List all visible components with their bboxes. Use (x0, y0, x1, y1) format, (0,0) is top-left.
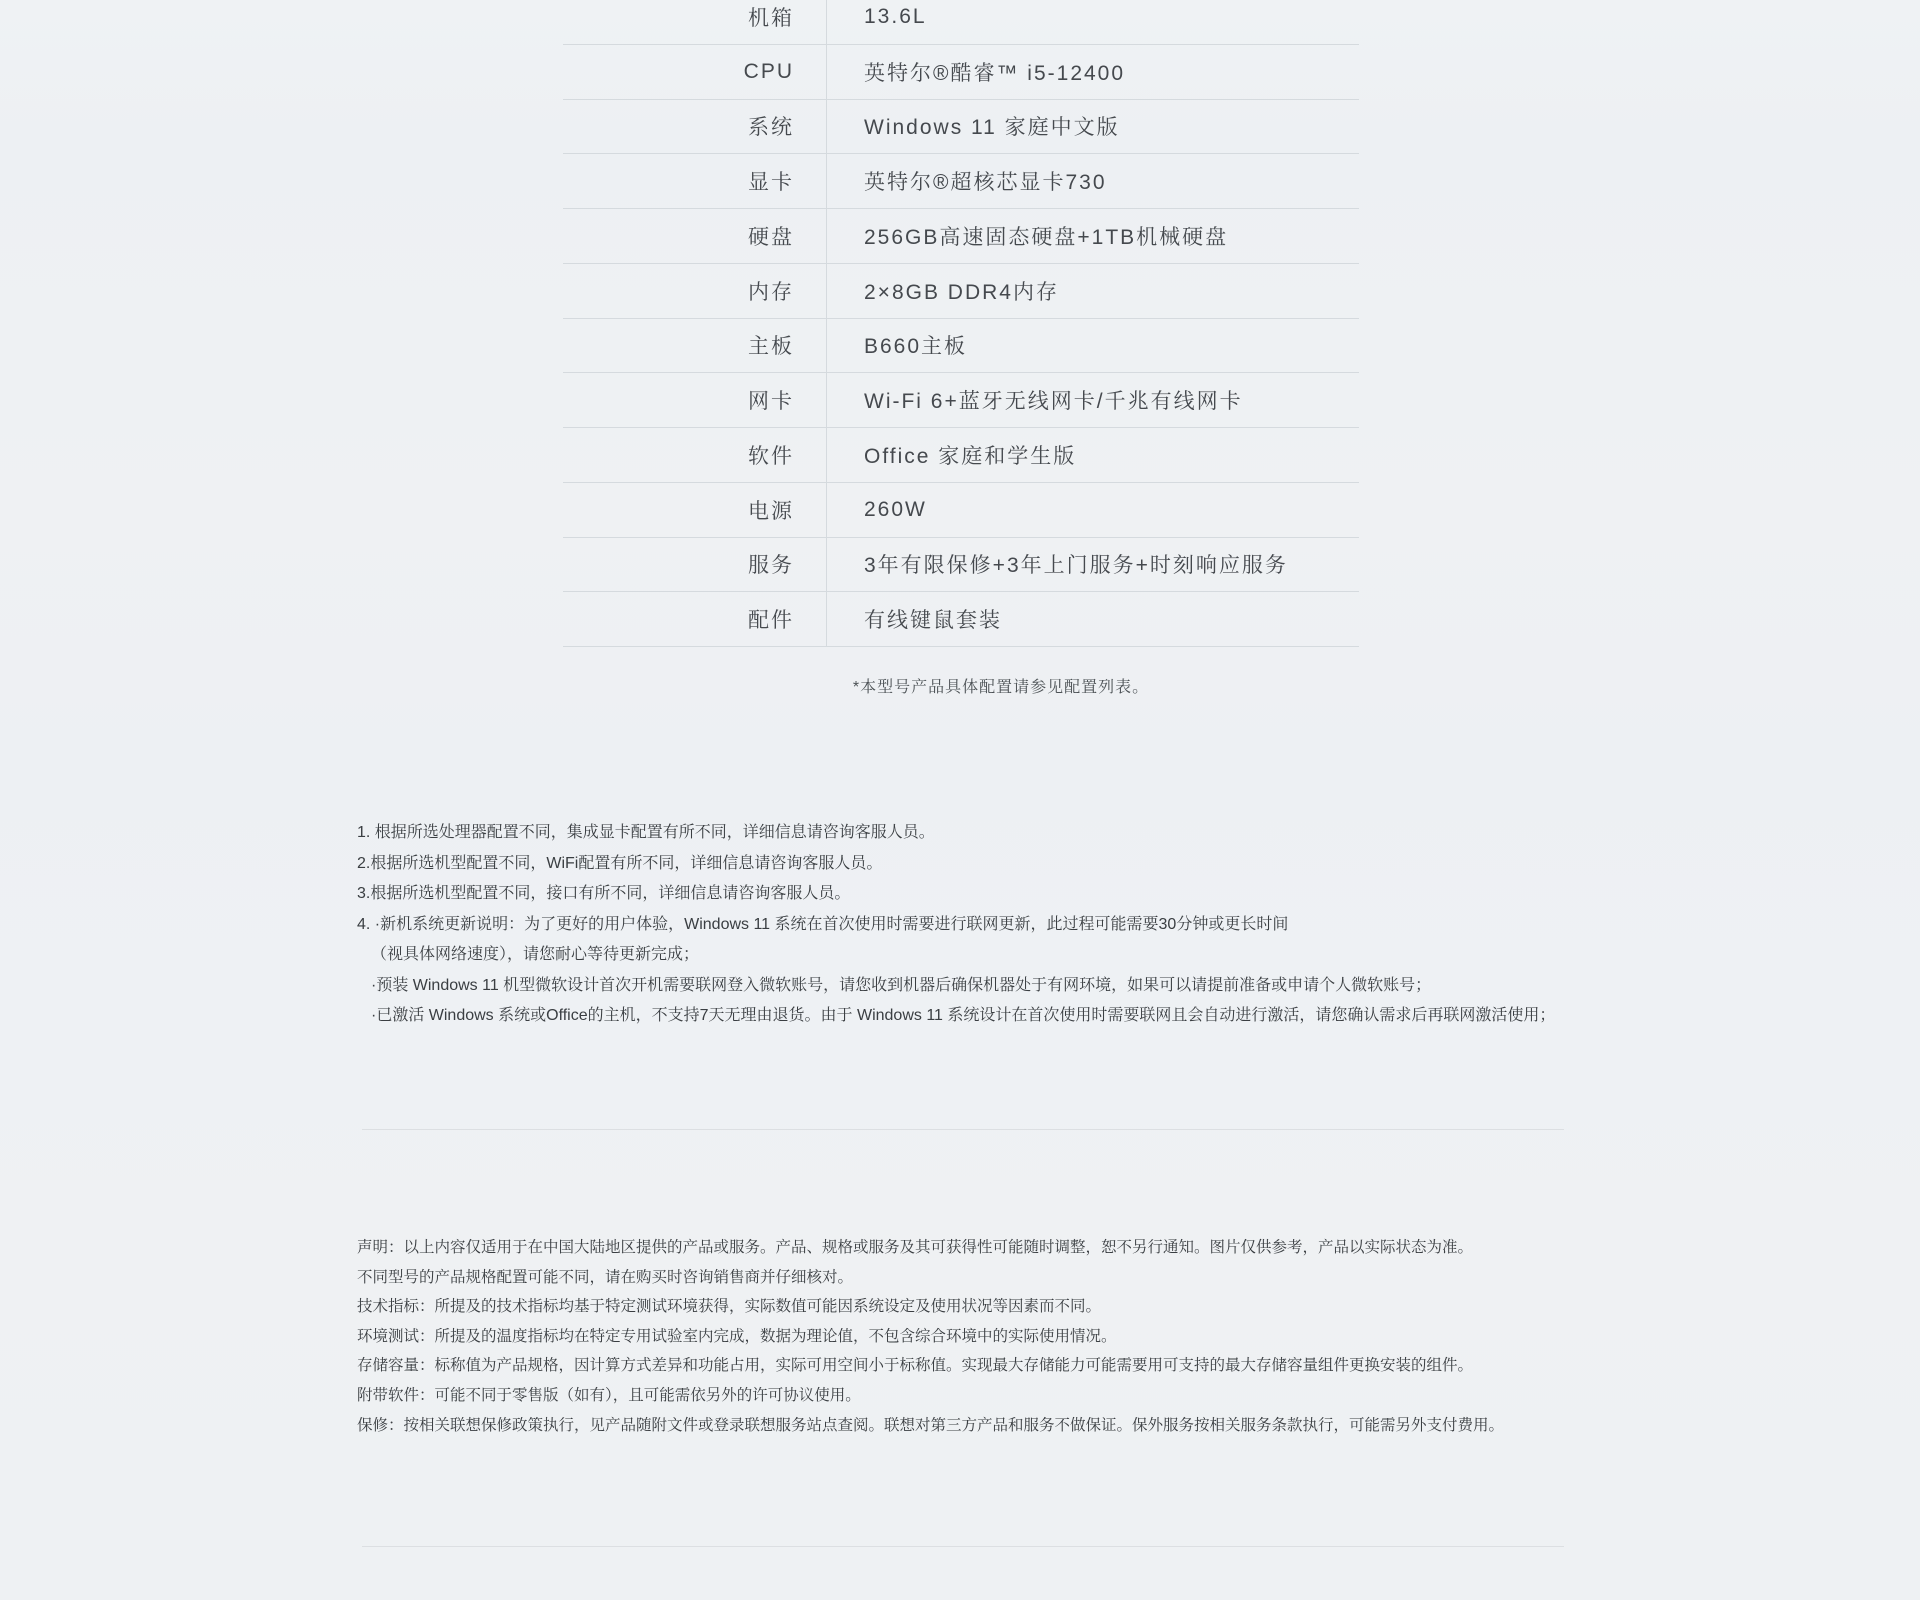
disclaimer-line: 存储容量：标称值为产品规格，因计算方式差异和功能占用，实际可用空间小于标称值。实… (357, 1351, 1504, 1381)
spec-label: CPU (563, 60, 826, 84)
spec-row: 硬盘 256GB高速固态硬盘+1TB机械硬盘 (563, 209, 1359, 264)
section-divider-top (362, 1129, 1564, 1130)
spec-label: 电源 (563, 495, 826, 525)
spec-row: 服务 3年有限保修+3年上门服务+时刻响应服务 (563, 538, 1359, 593)
note-line: （视具体网络速度），请您耐心等待更新完成； (357, 940, 1555, 971)
spec-label: 显卡 (563, 166, 826, 196)
disclaimer-line: 不同型号的产品规格配置可能不同，请在购买时咨询销售商并仔细核对。 (357, 1263, 1504, 1293)
spec-value: 260W (826, 498, 1359, 522)
note-line: 3.根据所选机型配置不同，接口有所不同，详细信息请咨询客服人员。 (357, 879, 1555, 910)
spec-row: 内存 2×8GB DDR4内存 (563, 264, 1359, 319)
spec-value: 英特尔®酷睿™ i5-12400 (826, 57, 1359, 87)
spec-row: 主板 B660主板 (563, 319, 1359, 374)
spec-label: 软件 (563, 440, 826, 470)
spec-label: 机箱 (563, 2, 826, 32)
disclaimer-line: 声明：以上内容仅适用于在中国大陆地区提供的产品或服务。产品、规格或服务及其可获得… (357, 1233, 1504, 1263)
spec-row: 软件 Office 家庭和学生版 (563, 428, 1359, 483)
note-line: 2.根据所选机型配置不同，WiFi配置有所不同，详细信息请咨询客服人员。 (357, 849, 1555, 880)
spec-row: 网卡 Wi-Fi 6+蓝牙无线网卡/千兆有线网卡 (563, 373, 1359, 428)
spec-table-column-divider (826, 0, 827, 647)
spec-label: 服务 (563, 549, 826, 579)
spec-label: 网卡 (563, 385, 826, 415)
spec-label: 系统 (563, 111, 826, 141)
spec-value: 256GB高速固态硬盘+1TB机械硬盘 (826, 221, 1359, 251)
note-line: ·已激活 Windows 系统或Office的主机，不支持7天无理由退货。由于 … (357, 1001, 1555, 1032)
spec-row: 配件 有线键鼠套装 (563, 592, 1359, 647)
spec-label: 硬盘 (563, 221, 826, 251)
disclaimer-line: 技术指标：所提及的技术指标均基于特定测试环境获得，实际数值可能因系统设定及使用状… (357, 1292, 1504, 1322)
spec-value: B660主板 (826, 330, 1359, 360)
section-divider-bottom (362, 1546, 1564, 1547)
spec-table: 机箱 13.6L CPU 英特尔®酷睿™ i5-12400 系统 Windows… (563, 0, 1359, 647)
disclaimer-section: 声明：以上内容仅适用于在中国大陆地区提供的产品或服务。产品、规格或服务及其可获得… (357, 1233, 1504, 1440)
spec-label: 配件 (563, 604, 826, 634)
spec-value: 3年有限保修+3年上门服务+时刻响应服务 (826, 549, 1359, 579)
spec-row: 电源 260W (563, 483, 1359, 538)
spec-value: Office 家庭和学生版 (826, 440, 1359, 470)
spec-label: 内存 (563, 276, 826, 306)
spec-value: 13.6L (826, 5, 1359, 29)
disclaimer-line: 附带软件：可能不同于零售版（如有），且可能需依另外的许可协议使用。 (357, 1381, 1504, 1411)
notes-section: 1. 根据所选处理器配置不同，集成显卡配置有所不同，详细信息请咨询客服人员。2.… (357, 818, 1555, 1032)
disclaimer-line: 环境测试：所提及的温度指标均在特定专用试验室内完成，数据为理论值，不包含综合环境… (357, 1322, 1504, 1352)
spec-value: 有线键鼠套装 (826, 604, 1359, 634)
spec-footnote: *本型号产品具体配置请参见配置列表。 (563, 674, 1439, 697)
spec-row: 机箱 13.6L (563, 0, 1359, 45)
disclaimer-line: 保修：按相关联想保修政策执行，见产品随附文件或登录联想服务站点查阅。联想对第三方… (357, 1411, 1504, 1441)
spec-value: Windows 11 家庭中文版 (826, 111, 1359, 141)
spec-row: 显卡 英特尔®超核芯显卡730 (563, 154, 1359, 209)
spec-value: Wi-Fi 6+蓝牙无线网卡/千兆有线网卡 (826, 385, 1359, 415)
spec-value: 英特尔®超核芯显卡730 (826, 166, 1359, 196)
spec-row: 系统 Windows 11 家庭中文版 (563, 100, 1359, 155)
note-line: 1. 根据所选处理器配置不同，集成显卡配置有所不同，详细信息请咨询客服人员。 (357, 818, 1555, 849)
note-line: ·预装 Windows 11 机型微软设计首次开机需要联网登入微软账号，请您收到… (357, 971, 1555, 1002)
spec-label: 主板 (563, 330, 826, 360)
spec-value: 2×8GB DDR4内存 (826, 276, 1359, 306)
spec-row: CPU 英特尔®酷睿™ i5-12400 (563, 45, 1359, 100)
product-spec-page: { "colors": { "table_line": "#d5dade", "… (0, 0, 1920, 1600)
note-line: 4. ·新机系统更新说明：为了更好的用户体验，Windows 11 系统在首次使… (357, 910, 1555, 941)
